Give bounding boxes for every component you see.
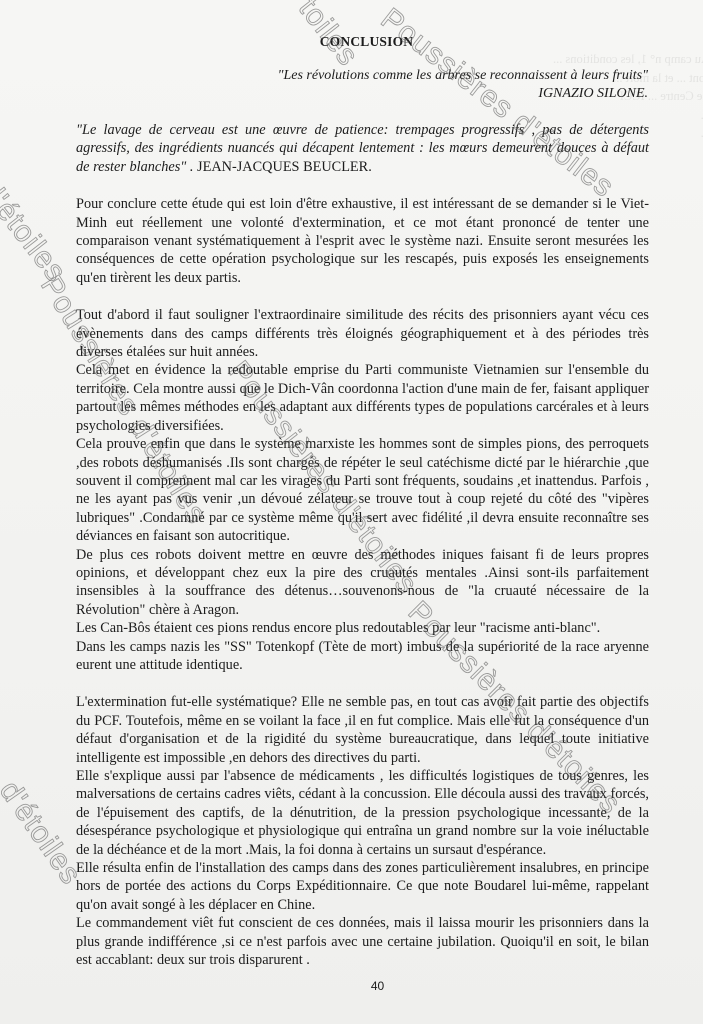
paragraph: Dans les camps nazis les "SS" Totenkopf …: [76, 638, 649, 675]
document-body: "Le lavage de cerveau est une œuvre de p…: [76, 121, 649, 969]
paragraph-gap: [76, 287, 649, 306]
paragraph-gap: [76, 674, 649, 693]
epigraph-quote: "Les révolutions comme les arbres se rec…: [278, 67, 648, 85]
paragraph: Tout d'abord il faut souligner l'extraor…: [76, 306, 649, 361]
page-title: CONCLUSION: [0, 34, 703, 50]
paragraph: Cela prouve enfin que dans le système ma…: [76, 435, 649, 545]
watermark: d'étoiles: [0, 775, 88, 891]
paragraph: Les Can-Bôs étaient ces pions rendus enc…: [76, 619, 649, 637]
second-quote: "Le lavage de cerveau est une œuvre de p…: [76, 121, 649, 176]
watermark: d'étoiles: [0, 175, 73, 289]
paragraph: Elle s'explique aussi par l'absence de m…: [76, 767, 649, 859]
paragraph: Le commandement viêt fut conscient de ce…: [76, 914, 649, 969]
epigraph: "Les révolutions comme les arbres se rec…: [278, 67, 648, 102]
paragraph: Elle résulta enfin de l'installation des…: [76, 859, 649, 914]
scanned-page: Au camp n° 1, les conditions ... sont ..…: [0, 0, 703, 1024]
paragraph: De plus ces robots doivent mettre en œuv…: [76, 546, 649, 620]
paragraph: Cela met en évidence la redoutable empri…: [76, 361, 649, 435]
paragraph: L'extermination fut-elle systématique? E…: [76, 693, 649, 767]
paragraph-intro: Pour conclure cette étude qui est loin d…: [76, 195, 649, 287]
paragraph-gap: [76, 176, 649, 195]
page-number: 40: [0, 979, 703, 993]
epigraph-author: IGNAZIO SILONE.: [278, 85, 648, 103]
second-quote-author: JEAN-JACQUES BEUCLER.: [197, 159, 372, 175]
